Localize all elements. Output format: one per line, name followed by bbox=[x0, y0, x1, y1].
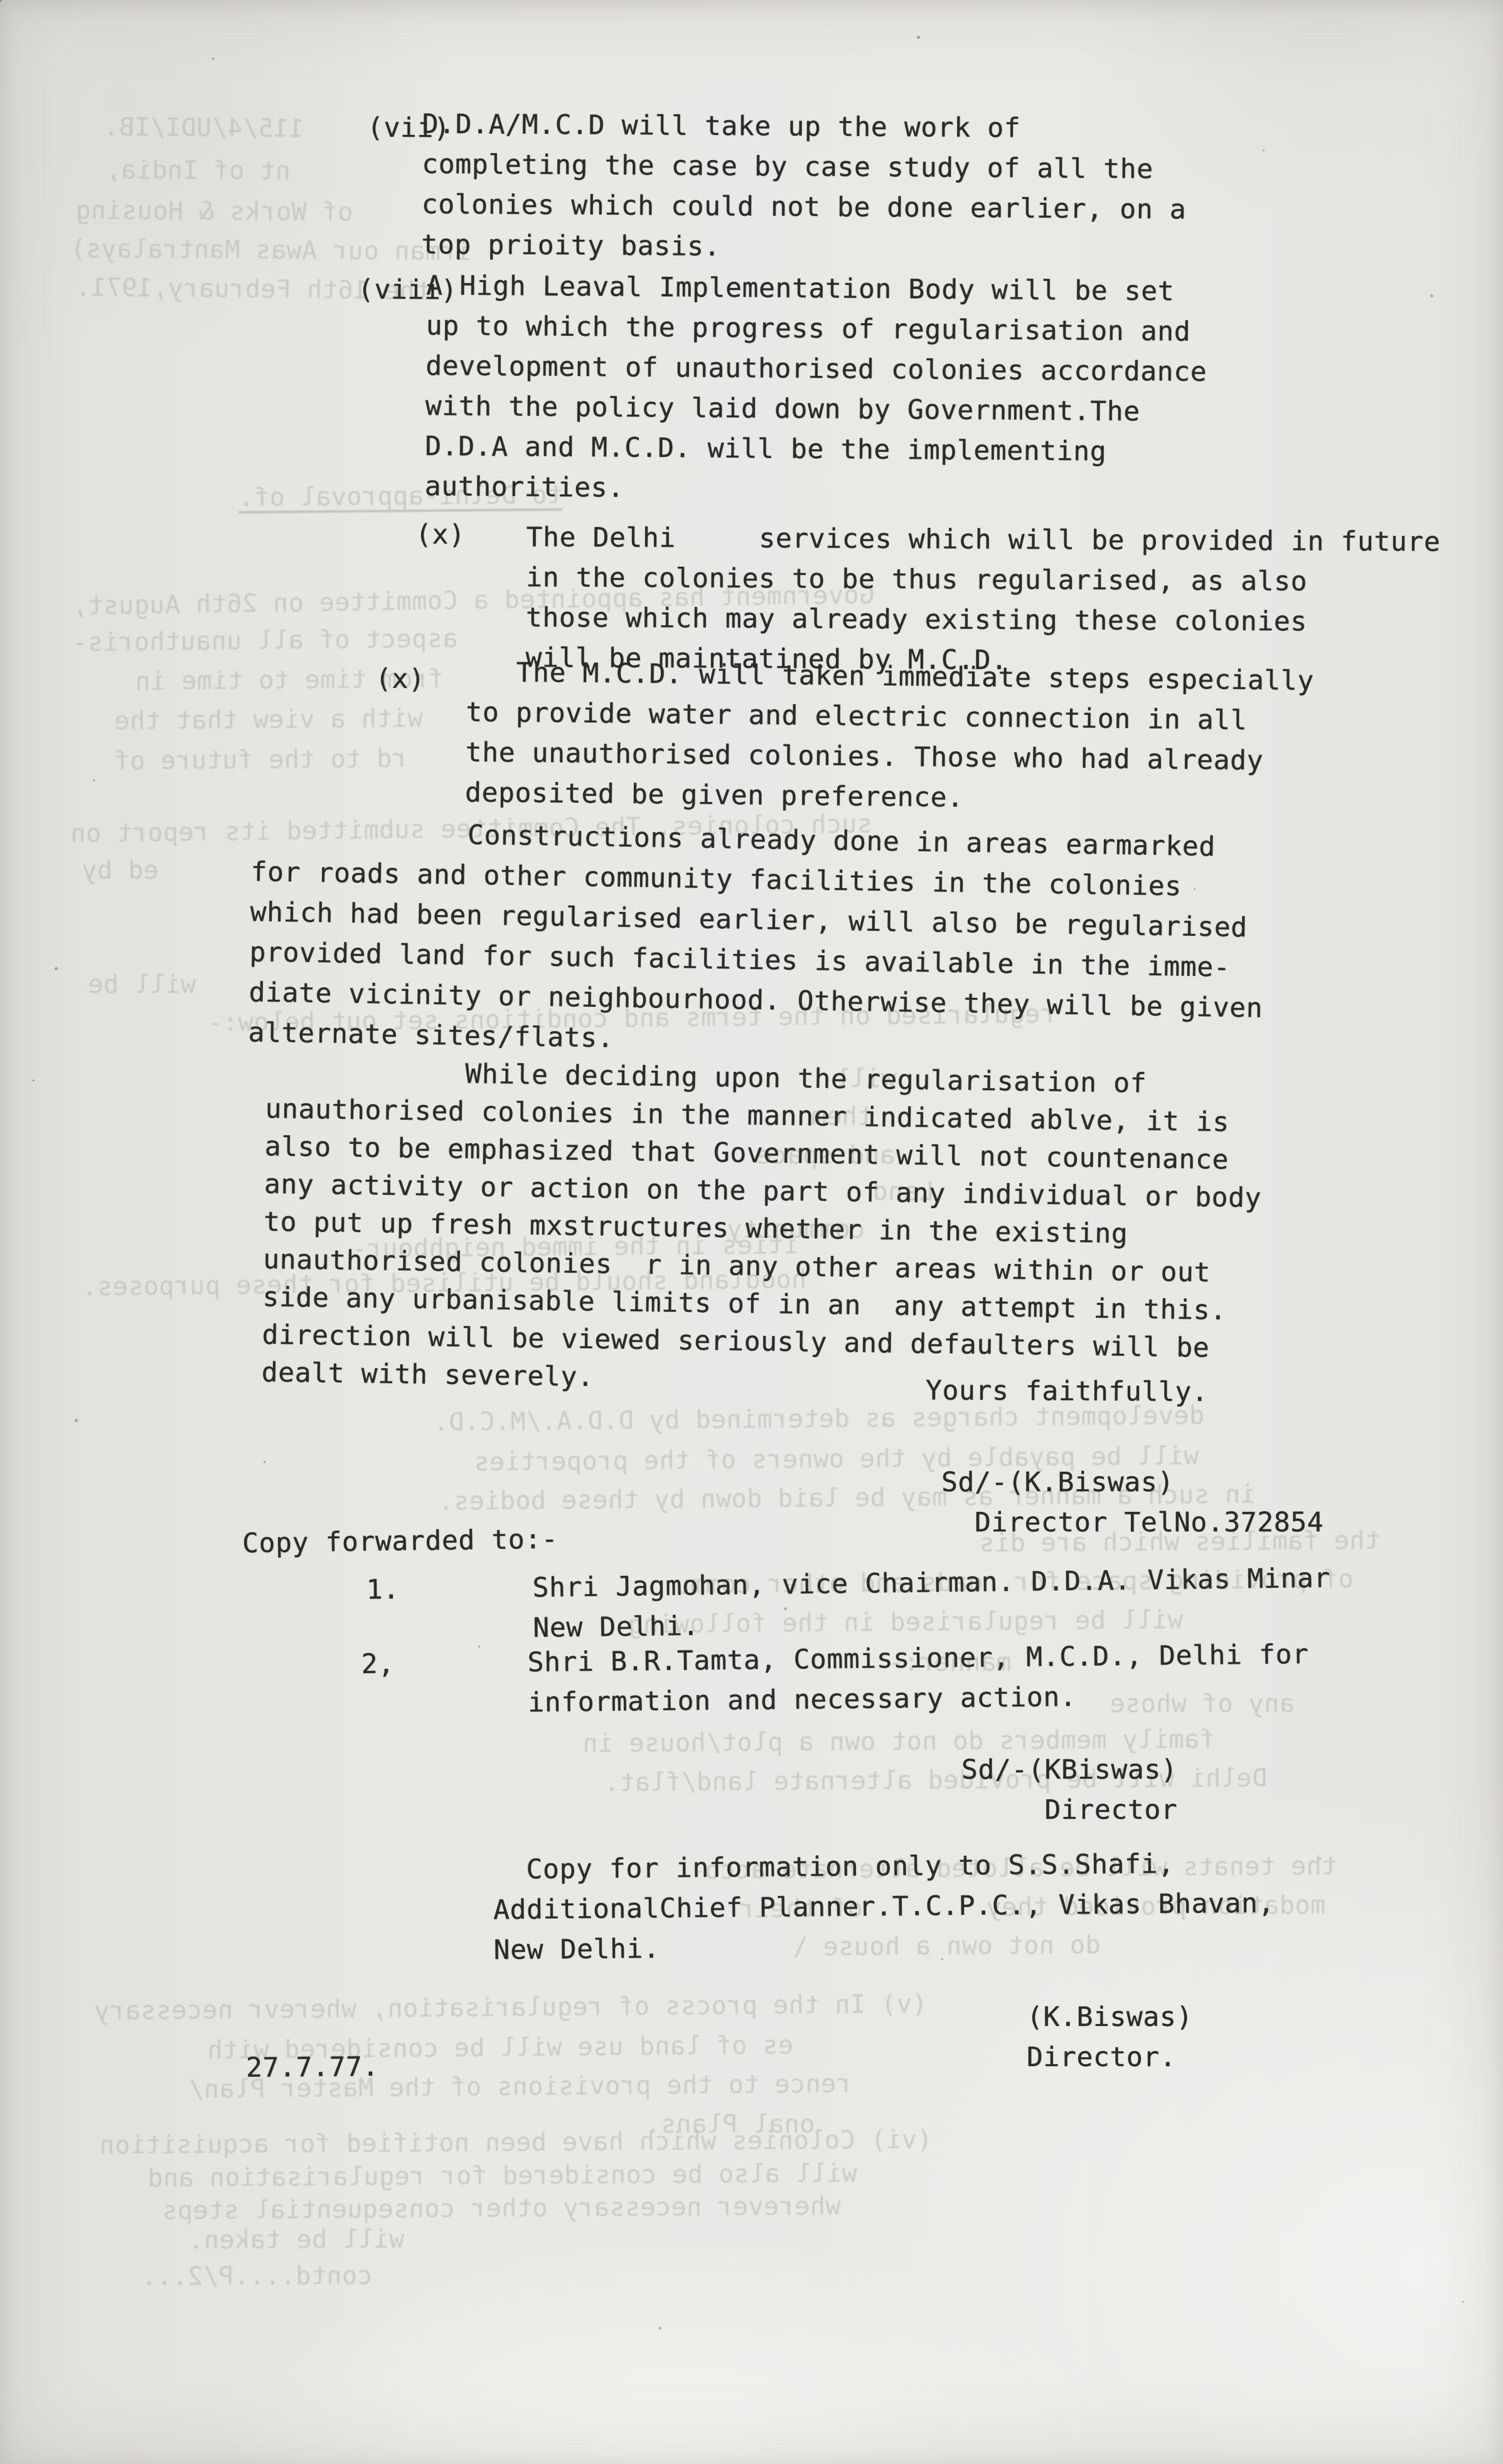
clause-x2-label: (x) bbox=[375, 659, 425, 700]
valediction: Yours faithfully. bbox=[926, 1371, 1209, 1412]
ghost-line: will be taken. bbox=[188, 2221, 404, 2259]
ghost-line: (v) In the procss of regularisation, whe… bbox=[94, 1986, 928, 2030]
ghost-line: contd....P/2... bbox=[141, 2258, 373, 2295]
clause-x1-label: (x) bbox=[415, 515, 466, 555]
ghost-line: will be bbox=[88, 967, 196, 1003]
clause-x2-text: The M.C.D. will taken immediate steps es… bbox=[465, 652, 1315, 822]
copy-forwarded-heading: Copy forwarded to:- bbox=[242, 1519, 559, 1563]
signature-block-3: (K.Biswas) Director. bbox=[1027, 1997, 1193, 2077]
paper-specks bbox=[0, 0, 2, 2]
ghost-line: nt of India, bbox=[105, 152, 291, 190]
ghost-line: with a view that the bbox=[114, 700, 423, 739]
clause-viii-text: A High Leaval Implementation Body will b… bbox=[425, 265, 1208, 513]
copy-item-2: 2, Shri B.R.Tamta, Commissioner, M.C.D.,… bbox=[361, 1634, 1309, 1725]
signature-block-2: Sd/-(KBiswas) Director bbox=[961, 1750, 1177, 1830]
ghost-line: rd to the future of bbox=[114, 741, 408, 779]
scanned-letter-page: 115/4/UDI/IB.nt of India,of Works & Hous… bbox=[0, 0, 1503, 2464]
info-copy-note: Copy for information only to S.S.Shafi, … bbox=[493, 1843, 1275, 1971]
signature-block-1: Sd/-(K.Biswas) Director TelNo.372854 bbox=[941, 1462, 1324, 1543]
date: 27.7.77. bbox=[246, 2047, 379, 2088]
ghost-line: 115/4/UDI/IB. bbox=[104, 109, 304, 147]
clause-vii-text: D.D.A/M.C.D will take up the work of com… bbox=[421, 104, 1187, 271]
paragraph-while-deciding: While deciding upon the regularisation o… bbox=[261, 1053, 1263, 1405]
ghost-line: of Works & Housing bbox=[75, 192, 353, 230]
ghost-line: aspect of all unauthoris- bbox=[72, 621, 458, 661]
ghost-line: irman our Awas Mantralays) bbox=[70, 231, 472, 270]
paragraph-constructions: Constructions already done in areas earm… bbox=[248, 812, 1266, 1068]
ghost-line: ed by bbox=[82, 852, 159, 889]
